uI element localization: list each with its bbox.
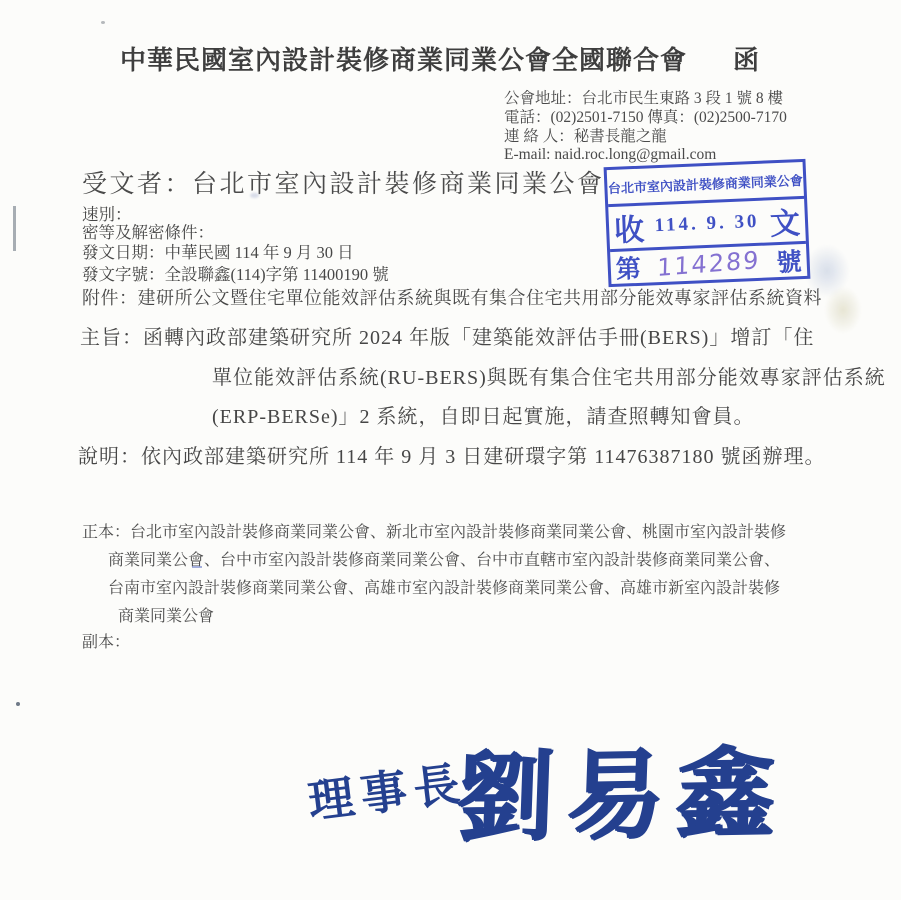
scan-artifact-dot-top	[101, 21, 105, 24]
attachment-field: 附件：建研所公文暨住宅單位能效評估系統與既有集合住宅共用部分能效專家評估系統資料	[82, 284, 822, 310]
document-title: 中華民國室內設計裝修商業同業公會全國聯合會函	[120, 40, 760, 77]
stamp-receive-char: 收	[613, 205, 645, 250]
scan-artifact-smudge-olive	[824, 286, 862, 334]
issue-date-field: 發文日期：中華民國 114 年 9 月 30 日	[82, 239, 354, 263]
scan-artifact-left-line	[13, 206, 16, 251]
org-address: 公會地址：台北市民生東路 3 段 1 號 8 樓	[504, 90, 787, 109]
recipient-line: 受文者：台北市室內設計裝修商業同業公會	[82, 164, 605, 200]
org-phone-fax: 電話：(02)2501-7150 傳真：(02)2500-7170	[504, 109, 787, 128]
scan-artifact-dot-bottom	[16, 702, 20, 706]
stamp-number-row: 第 114289 號	[610, 244, 807, 284]
original-copy-line-3: 台南市室內設計裝修商業同業公會、高雄市室內設計裝修商業同業公會、高雄市新室內設計…	[108, 575, 780, 598]
signature-title: 理事長	[304, 747, 470, 832]
stamp-received-date: 114. 9. 30	[644, 210, 771, 237]
org-contact-person: 連 絡 人：秘書長龍之龍	[504, 128, 787, 147]
original-copy-line-4: 商業同業公會	[118, 603, 214, 626]
stamp-number-suffix: 號	[776, 242, 803, 279]
stamp-handwritten-number: 114289	[641, 245, 777, 284]
stamp-number-prefix: 第	[615, 249, 642, 286]
stamp-doc-char: 文	[769, 198, 801, 243]
cc-label: 副本：	[82, 629, 130, 652]
document-type-label: 函	[733, 46, 760, 75]
scanned-official-letter: 中華民國室內設計裝修商業同業公會全國聯合會函 公會地址：台北市民生東路 3 段 …	[0, 0, 901, 900]
explanation-line: 說明：依內政部建築研究所 114 年 9 月 3 日建研環字第 11476387…	[78, 440, 826, 469]
original-copy-line-2: 商業同業公會、台中市室內設計裝修商業同業公會、台中市直轄市室內設計裝修商業同業公…	[108, 547, 780, 570]
issuing-org-name: 中華民國室內設計裝修商業同業公會全國聯合會	[120, 46, 687, 75]
signature-name: 劉易鑫	[454, 714, 789, 861]
ref-number-field: 發文字號：全設聯鑫(114)字第 11400190 號	[82, 261, 389, 285]
subject-line-1: 主旨：函轉內政部建築研究所 2024 年版「建築能效評估手冊(BERS)」增訂「…	[80, 321, 814, 350]
received-stamp: 台北市室內設計裝修商業同業公會 收 114. 9. 30 文 第 114289 …	[604, 159, 811, 287]
subject-line-2: 單位能效評估系統(RU-BERS)與既有集合住宅共用部分能效專家評估系統	[212, 361, 886, 390]
subject-line-3: (ERP-BERSe)」2 系統，自即日起實施，請查照轉知會員。	[212, 400, 755, 429]
original-copy-line-1: 正本：台北市室內設計裝修商業同業公會、新北市室內設計裝修商業同業公會、桃園市室內…	[82, 519, 786, 542]
contact-block: 公會地址：台北市民生東路 3 段 1 號 8 樓 電話：(02)2501-715…	[504, 90, 787, 165]
